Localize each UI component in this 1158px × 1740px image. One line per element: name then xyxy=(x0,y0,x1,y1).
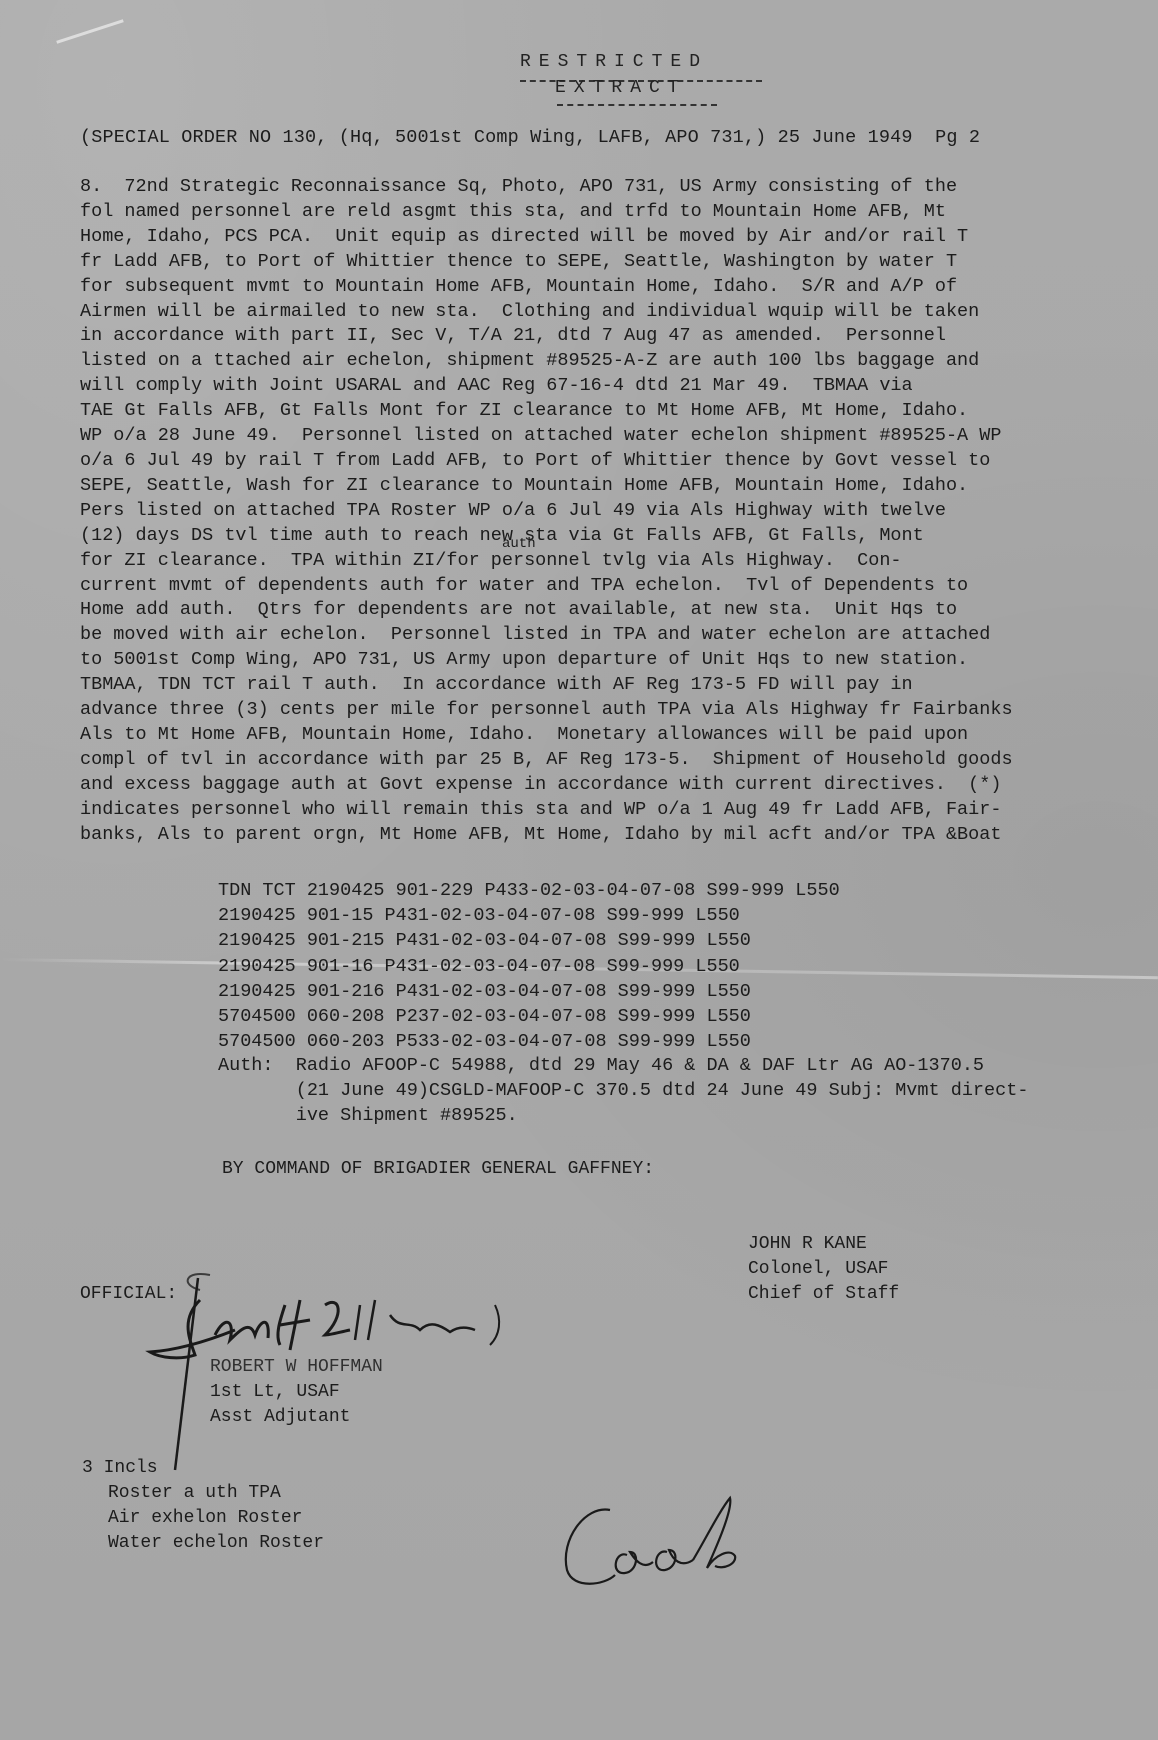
funding-line: 5704500 060-208 P237-02-03-04-07-08 S99-… xyxy=(218,1004,840,1029)
paragraph-line: banks, Als to parent orgn, Mt Home AFB, … xyxy=(80,823,1140,848)
authority-line: ive Shipment #89525. xyxy=(218,1103,1028,1128)
paragraph-line: TAE Gt Falls AFB, Gt Falls Mont for ZI c… xyxy=(80,399,1140,424)
enclosure-item: Air exhelon Roster xyxy=(108,1506,302,1531)
funding-line: 2190425 901-15 P431-02-03-04-07-08 S99-9… xyxy=(218,903,840,928)
funding-line: 2190425 901-216 P431-02-03-04-07-08 S99-… xyxy=(218,979,840,1004)
official-rank: 1st Lt, USAF xyxy=(210,1380,340,1405)
paragraph-line: Pers listed on attached TPA Roster WP o/… xyxy=(80,499,1140,524)
chief-of-staff-rank: Colonel, USAF xyxy=(748,1257,888,1282)
paragraph-line: will comply with Joint USARAL and AAC Re… xyxy=(80,374,1140,399)
order-paragraph: 8. 72nd Strategic Reconnaissance Sq, Pho… xyxy=(80,175,1140,847)
paragraph-line: be moved with air echelon. Personnel lis… xyxy=(80,623,1140,648)
funding-line: TDN TCT 2190425 901-229 P433-02-03-04-07… xyxy=(218,878,840,903)
paragraph-line: for ZI clearance. TPA within ZI/for pers… xyxy=(80,549,1140,574)
paragraph-line: compl of tvl in accordance with par 25 B… xyxy=(80,748,1140,773)
paragraph-line: WP o/a 28 June 49. Personnel listed on a… xyxy=(80,424,1140,449)
handwritten-cook-icon xyxy=(555,1490,785,1600)
funding-citations: TDN TCT 2190425 901-229 P433-02-03-04-07… xyxy=(218,878,840,1054)
paragraph-line: SEPE, Seattle, Wash for ZI clearance to … xyxy=(80,474,1140,499)
document-type-underline xyxy=(557,104,717,106)
classification-heading: RESTRICTED xyxy=(520,52,708,72)
funding-line: 2190425 901-16 P431-02-03-04-07-08 S99-9… xyxy=(218,954,840,979)
paragraph-line: fol named personnel are reld asgmt this … xyxy=(80,200,1140,225)
command-line: BY COMMAND OF BRIGADIER GENERAL GAFFNEY: xyxy=(222,1157,654,1182)
document-type-heading: EXTRACT xyxy=(555,78,687,98)
interlinear-insertion: auth xyxy=(502,536,536,552)
funding-line: 2190425 901-215 P431-02-03-04-07-08 S99-… xyxy=(218,928,840,953)
funding-line: 5704500 060-203 P533-02-03-04-07-08 S99-… xyxy=(218,1029,840,1054)
paragraph-line: and excess baggage auth at Govt expense … xyxy=(80,773,1140,798)
paragraph-line: current mvmt of dependents auth for wate… xyxy=(80,574,1140,599)
paragraph-line: Airmen will be airmailed to new sta. Clo… xyxy=(80,300,1140,325)
paragraph-line: (12) days DS tvl time auth to reach new … xyxy=(80,524,1140,549)
paragraph-line: Home, Idaho, PCS PCA. Unit equip as dire… xyxy=(80,225,1140,250)
paragraph-line: fr Ladd AFB, to Port of Whittier thence … xyxy=(80,250,1140,275)
enclosure-item: Roster a uth TPA xyxy=(108,1481,281,1506)
chief-of-staff-name: JOHN R KANE xyxy=(748,1232,867,1257)
paragraph-line: o/a 6 Jul 49 by rail T from Ladd AFB, to… xyxy=(80,449,1140,474)
authority-citation: Auth: Radio AFOOP-C 54988, dtd 29 May 46… xyxy=(218,1053,1028,1128)
paragraph-line: indicates personnel who will remain this… xyxy=(80,798,1140,823)
order-reference-line: (SPECIAL ORDER NO 130, (Hq, 5001st Comp … xyxy=(80,125,980,150)
enclosures-count: 3 Incls xyxy=(82,1456,158,1481)
authority-line: (21 June 49)CSGLD-MAFOOP-C 370.5 dtd 24 … xyxy=(218,1078,1028,1103)
paragraph-line: advance three (3) cents per mile for per… xyxy=(80,698,1140,723)
paragraph-line: in accordance with part II, Sec V, T/A 2… xyxy=(80,324,1140,349)
paragraph-line: for subsequent mvmt to Mountain Home AFB… xyxy=(80,275,1140,300)
enclosure-item: Water echelon Roster xyxy=(108,1531,324,1556)
paragraph-line: 8. 72nd Strategic Reconnaissance Sq, Pho… xyxy=(80,175,1140,200)
paragraph-line: TBMAA, TDN TCT rail T auth. In accordanc… xyxy=(80,673,1140,698)
official-name: ROBERT W HOFFMAN xyxy=(210,1355,383,1380)
chief-of-staff-title: Chief of Staff xyxy=(748,1282,899,1307)
paragraph-line: Als to Mt Home AFB, Mountain Home, Idaho… xyxy=(80,723,1140,748)
paragraph-line: listed on a ttached air echelon, shipmen… xyxy=(80,349,1140,374)
paragraph-line: to 5001st Comp Wing, APO 731, US Army up… xyxy=(80,648,1140,673)
official-title: Asst Adjutant xyxy=(210,1405,350,1430)
authority-line: Auth: Radio AFOOP-C 54988, dtd 29 May 46… xyxy=(218,1053,1028,1078)
paragraph-line: Home add auth. Qtrs for dependents are n… xyxy=(80,598,1140,623)
